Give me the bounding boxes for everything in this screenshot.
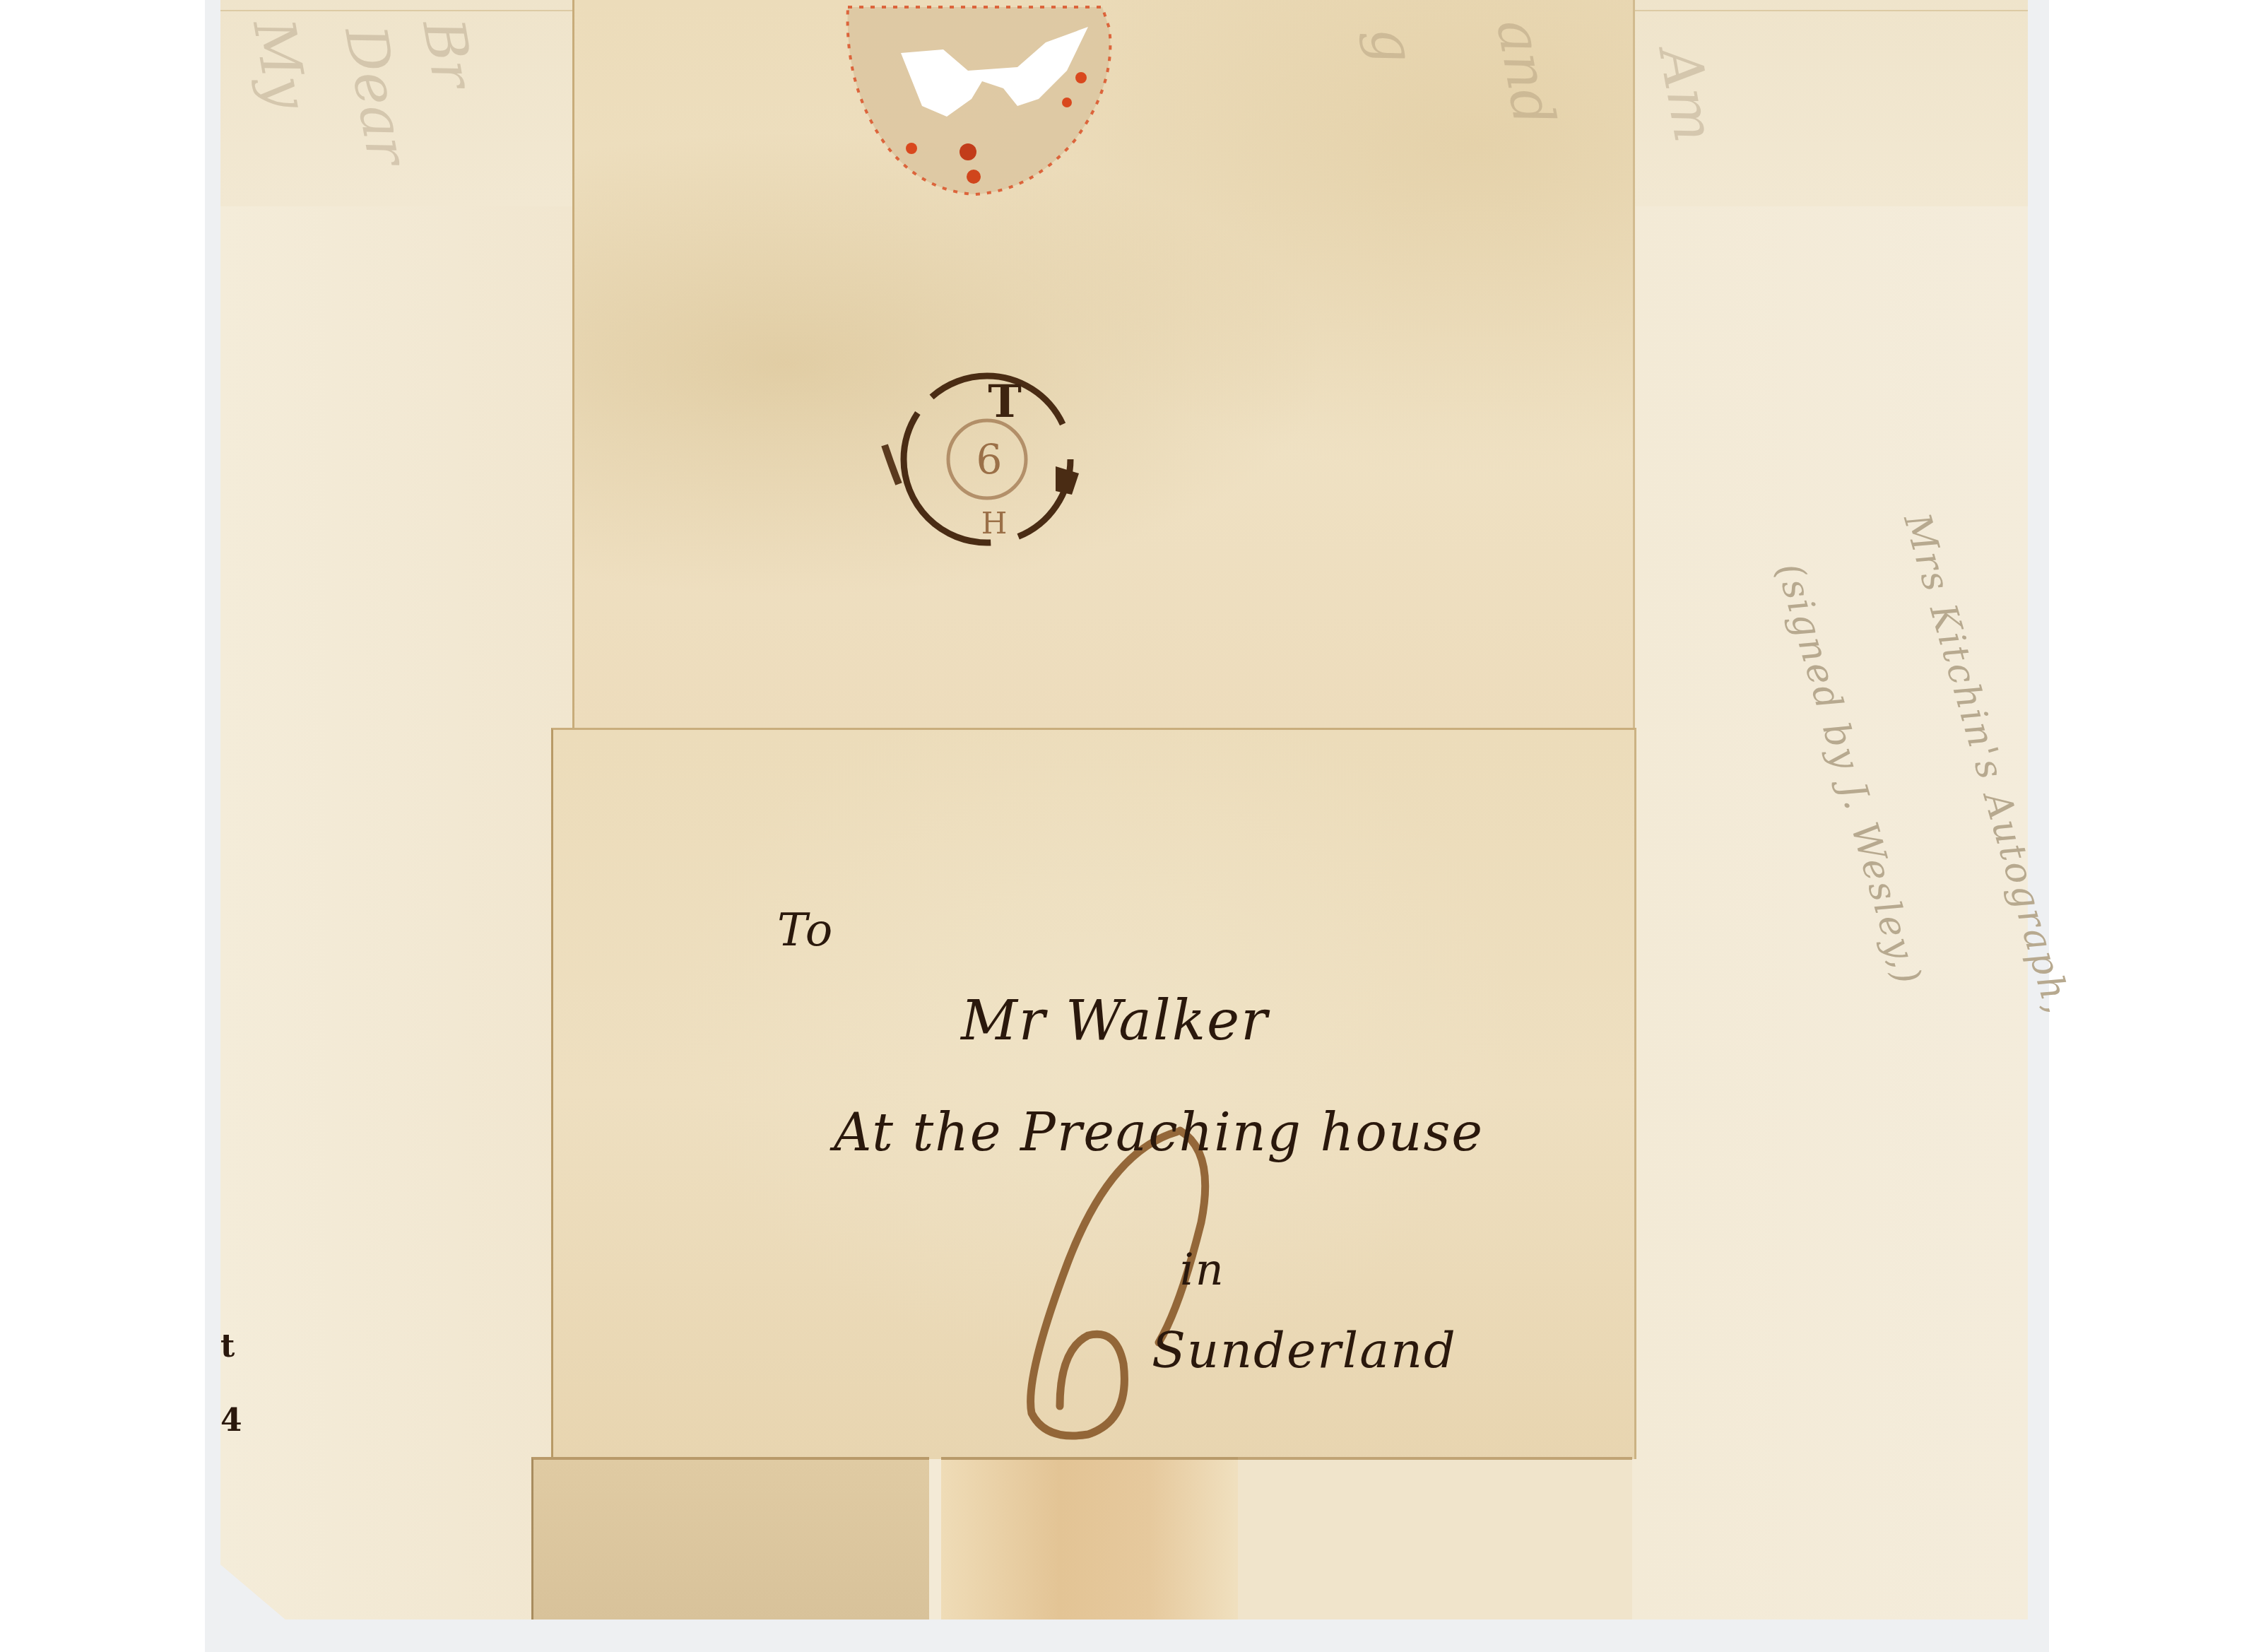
salutation: To <box>777 904 834 957</box>
address-preposition: in <box>1180 1244 1225 1295</box>
address-town: Sunderland <box>1152 1321 1457 1379</box>
address-line: At the Preaching house <box>834 1102 1484 1163</box>
address-block: To Mr Walker At the Preaching house in S… <box>749 876 1597 1413</box>
postmark-letter: T <box>988 375 1022 428</box>
wax-seal-icon <box>805 0 1145 212</box>
bleed-through-text: Br <box>410 14 486 93</box>
postmark-stamp-icon: 6 T H <box>870 367 1104 558</box>
edge-ink-mark: 4 <box>220 1403 242 1439</box>
postmark-numeral: 6 <box>976 435 1003 483</box>
bottom-left-flap <box>531 1457 929 1622</box>
recipient-name: Mr Walker <box>961 989 1269 1053</box>
bottom-right-flap <box>1238 1457 1632 1622</box>
postmark-letter: H <box>981 506 1008 541</box>
bottom-seal-flap <box>941 1457 1238 1622</box>
edge-ink-mark: t <box>220 1328 235 1364</box>
pencil-note-line: Mrs Kitchin's Autograph, <box>1895 509 2079 1020</box>
left-flap <box>220 206 572 1619</box>
pencil-annotation: Mrs Kitchin's Autograph, (signed by J. W… <box>1724 488 2148 1194</box>
pencil-note-line: (signed by J. Wesley,) <box>1768 558 1929 991</box>
